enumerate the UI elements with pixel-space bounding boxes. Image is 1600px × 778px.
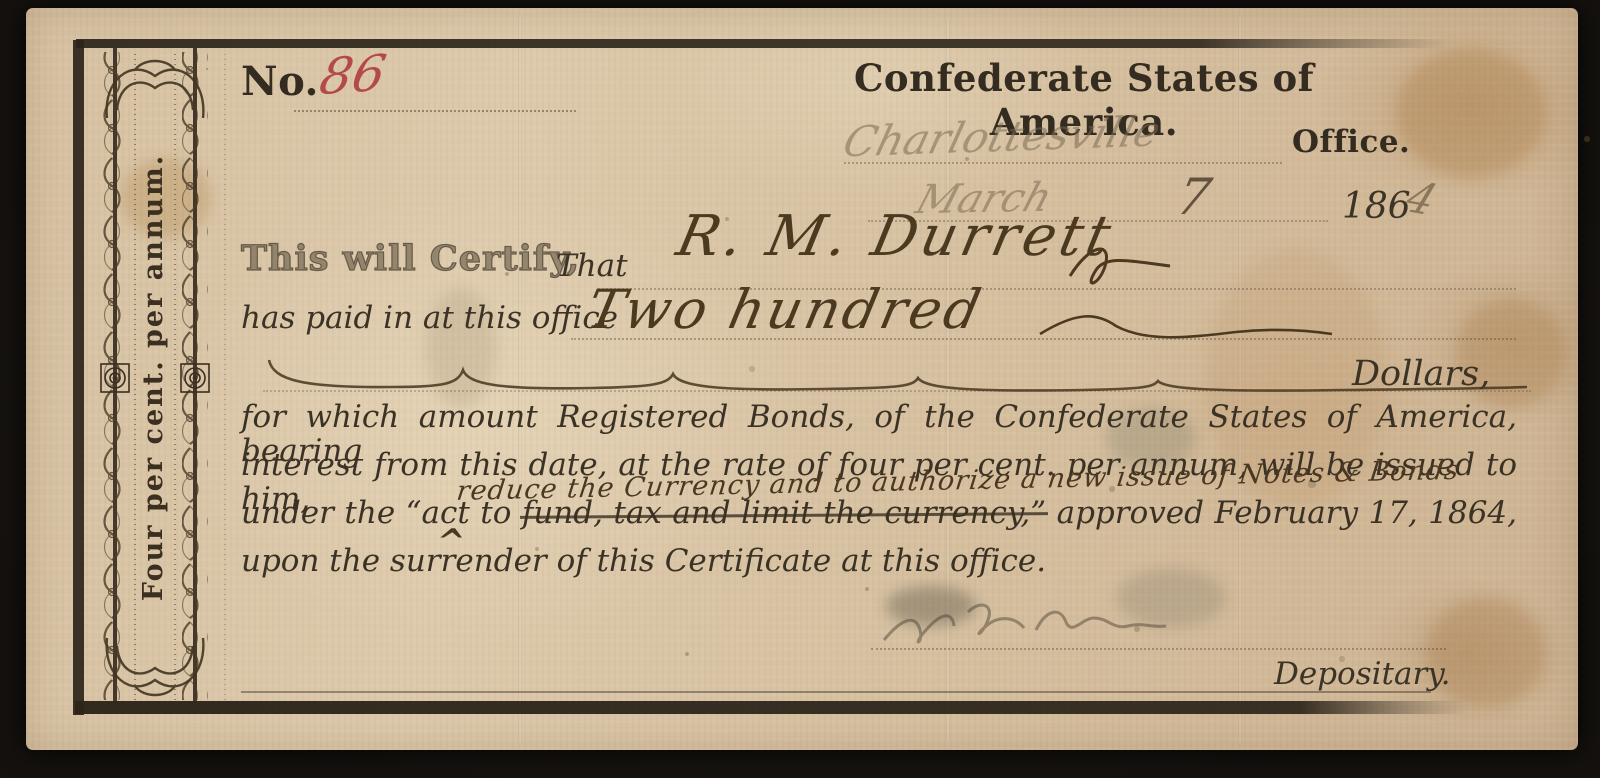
depositary-signature [876, 590, 1306, 654]
side-panel-text: Four per cent. per annum. [139, 154, 170, 601]
ornamental-side-border: Four per cent. per annum. [73, 40, 235, 715]
dollars-dotted-line [263, 390, 1531, 392]
office-label: Office. [1292, 124, 1410, 160]
dollars-label: Dollars, [1352, 354, 1490, 394]
payer-name-handwritten: R. M. Durrett [671, 204, 1120, 269]
body-line-3: under the “act to fund, tax and limit th… [241, 496, 1517, 530]
amount-handwritten: Two hundred [581, 278, 989, 341]
date-year-printed: 186 [1342, 186, 1411, 227]
office-dotted-line [844, 162, 1282, 164]
amount-dotted-line [571, 338, 1516, 340]
number-label: No. [241, 58, 319, 105]
frame-bottom-rule [75, 701, 1467, 714]
signature-dotted-line [871, 648, 1446, 650]
depositary-label: Depositary. [1274, 656, 1451, 692]
paper-stain [1396, 48, 1546, 178]
number-dotted-line [294, 110, 576, 112]
certify-lead: This will Certify, [241, 238, 580, 279]
name-flourish [1066, 236, 1176, 296]
paid-printed-text: has paid in at this office [241, 300, 618, 336]
frame-top-rule [76, 39, 1448, 48]
date-day-handwritten: 7 [1172, 168, 1216, 226]
number-value-handwritten: 86 [315, 44, 390, 106]
certificate-paper: Four per cent. per annum. No. 86 Confede… [26, 8, 1578, 750]
frame-bottom-thin-rule [241, 691, 1431, 693]
office-place-handwritten: Charlottesville [838, 107, 1165, 167]
body-line-3-post: approved February 17, 1864, [1057, 495, 1517, 531]
